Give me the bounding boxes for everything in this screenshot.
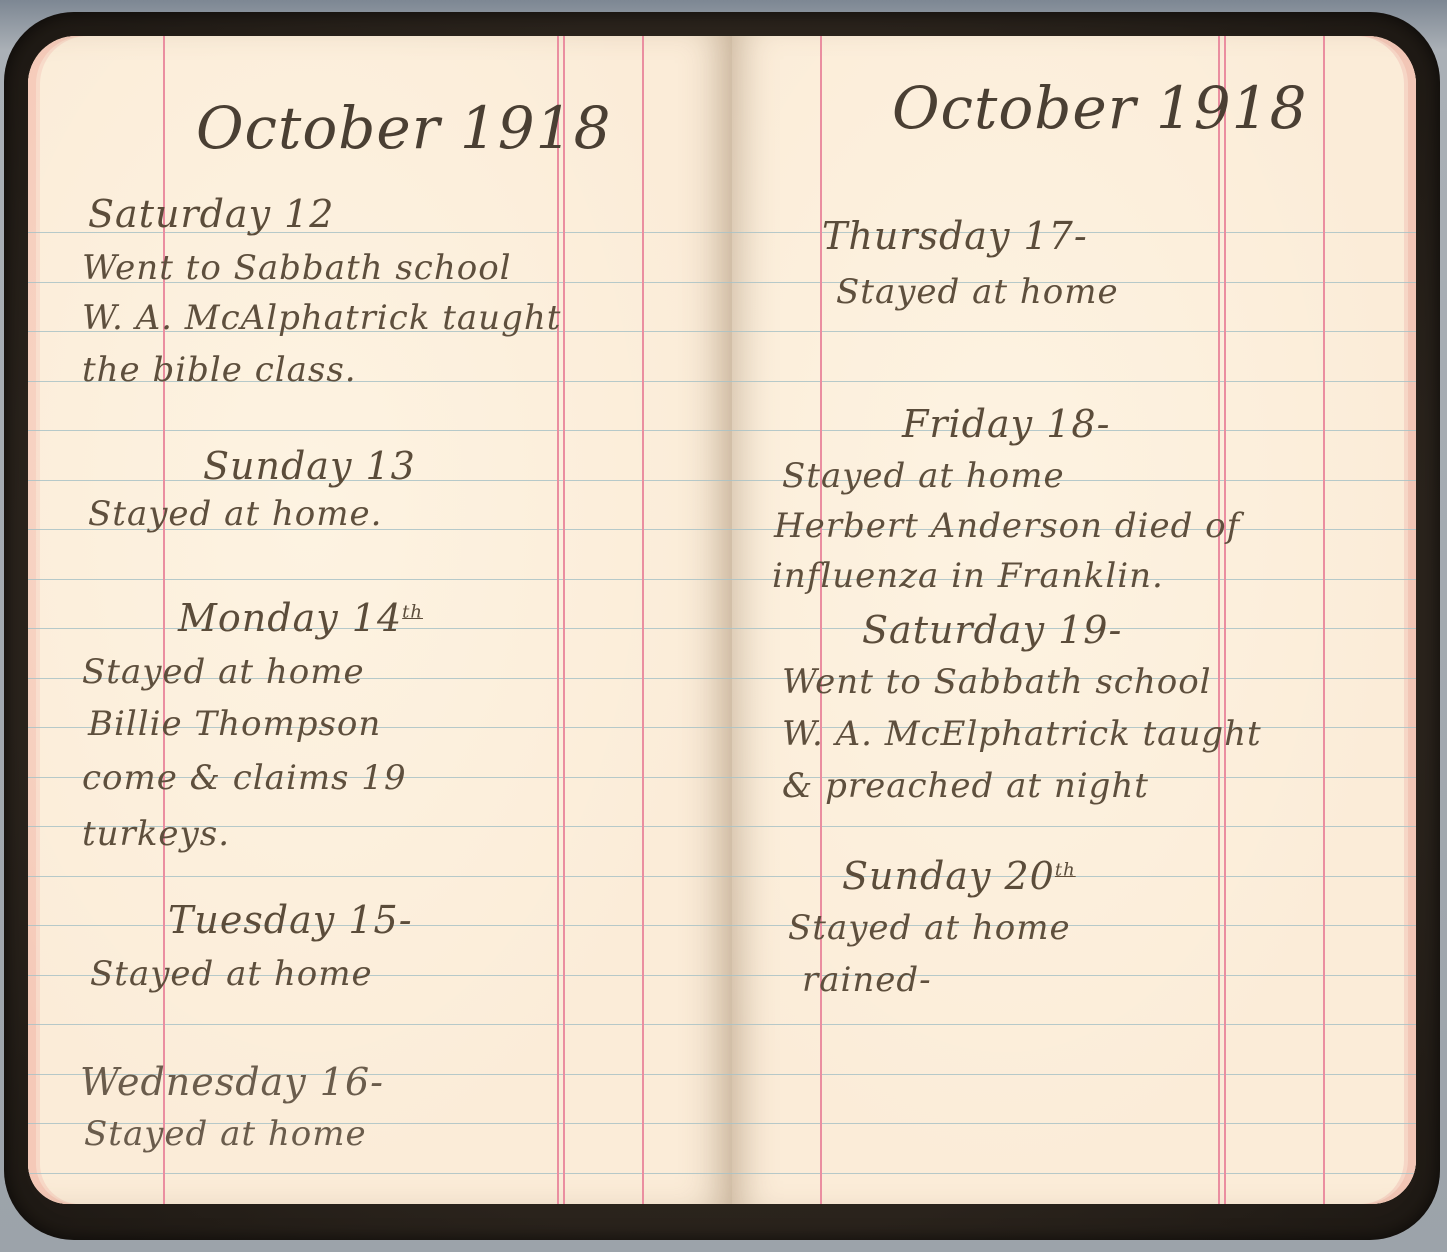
- entry-line: Stayed at home: [90, 954, 373, 994]
- entry-day-friday-18: Friday 18-: [902, 402, 1110, 446]
- ruled-line: [732, 331, 1416, 332]
- entry-line: Went to Sabbath school: [82, 248, 512, 288]
- ruled-line: [28, 1024, 732, 1025]
- right-page-header: October 1918: [892, 74, 1307, 142]
- entry-line: come & claims 19: [82, 758, 407, 798]
- left-column-rule-c: [642, 36, 644, 1204]
- entry-line: Stayed at home: [84, 1114, 367, 1154]
- left-page-header: October 1918: [196, 94, 611, 162]
- entry-line: Herbert Anderson died of: [774, 506, 1240, 546]
- ruled-line: [732, 1074, 1416, 1075]
- ruled-line: [28, 579, 732, 580]
- entry-day-saturday-19: Saturday 19-: [862, 608, 1122, 652]
- ruled-line: [732, 381, 1416, 382]
- entry-line: Billie Thompson: [88, 704, 381, 744]
- entry-line: the bible class.: [82, 350, 357, 390]
- right-column-rule-c: [1323, 36, 1325, 1204]
- entry-day-monday-14: Monday 14th: [178, 596, 423, 640]
- entry-day-wednesday-16: Wednesday 16-: [80, 1060, 384, 1104]
- ruled-line: [732, 1173, 1416, 1174]
- ruled-line: [28, 876, 732, 877]
- entry-day-sunday-13: Sunday 13: [203, 444, 416, 488]
- entry-line: Stayed at home: [782, 456, 1065, 496]
- entry-day-sunday-20: Sunday 20th: [842, 854, 1076, 898]
- right-margin-rule: [820, 36, 822, 1204]
- right-page: October 1918 Thursday 17- Stayed at home…: [732, 36, 1416, 1204]
- entry-day-saturday-12: Saturday 12: [88, 192, 334, 236]
- left-column-rule-b: [563, 36, 565, 1204]
- entry-line: rained-: [802, 960, 932, 1000]
- ruled-line: [732, 1024, 1416, 1025]
- scanned-diary-scene: October 1918 Saturday 12 Went to Sabbath…: [0, 0, 1447, 1252]
- entry-day-thursday-17: Thursday 17-: [822, 214, 1088, 258]
- entry-line: Stayed at home.: [88, 494, 382, 534]
- ruled-line: [732, 1123, 1416, 1124]
- entry-line: influenza in Franklin.: [772, 556, 1164, 596]
- left-column-rule-a: [557, 36, 559, 1204]
- left-page: October 1918 Saturday 12 Went to Sabbath…: [28, 36, 732, 1204]
- ruled-line: [28, 430, 732, 431]
- entry-line: Stayed at home: [836, 272, 1119, 312]
- entry-line: Went to Sabbath school: [782, 662, 1212, 702]
- ruled-line: [28, 1173, 732, 1174]
- entry-line: W. A. McAlphatrick taught: [82, 298, 561, 338]
- right-column-rule-b: [1224, 36, 1226, 1204]
- entry-line: Stayed at home: [82, 652, 365, 692]
- entry-line: turkeys.: [82, 814, 230, 854]
- right-column-rule-a: [1218, 36, 1220, 1204]
- entry-line: Stayed at home: [788, 908, 1071, 948]
- entry-line: W. A. McElphatrick taught: [782, 714, 1262, 754]
- entry-line: & preached at night: [782, 766, 1149, 806]
- ruled-line: [732, 826, 1416, 827]
- entry-day-tuesday-15: Tuesday 15-: [168, 898, 413, 942]
